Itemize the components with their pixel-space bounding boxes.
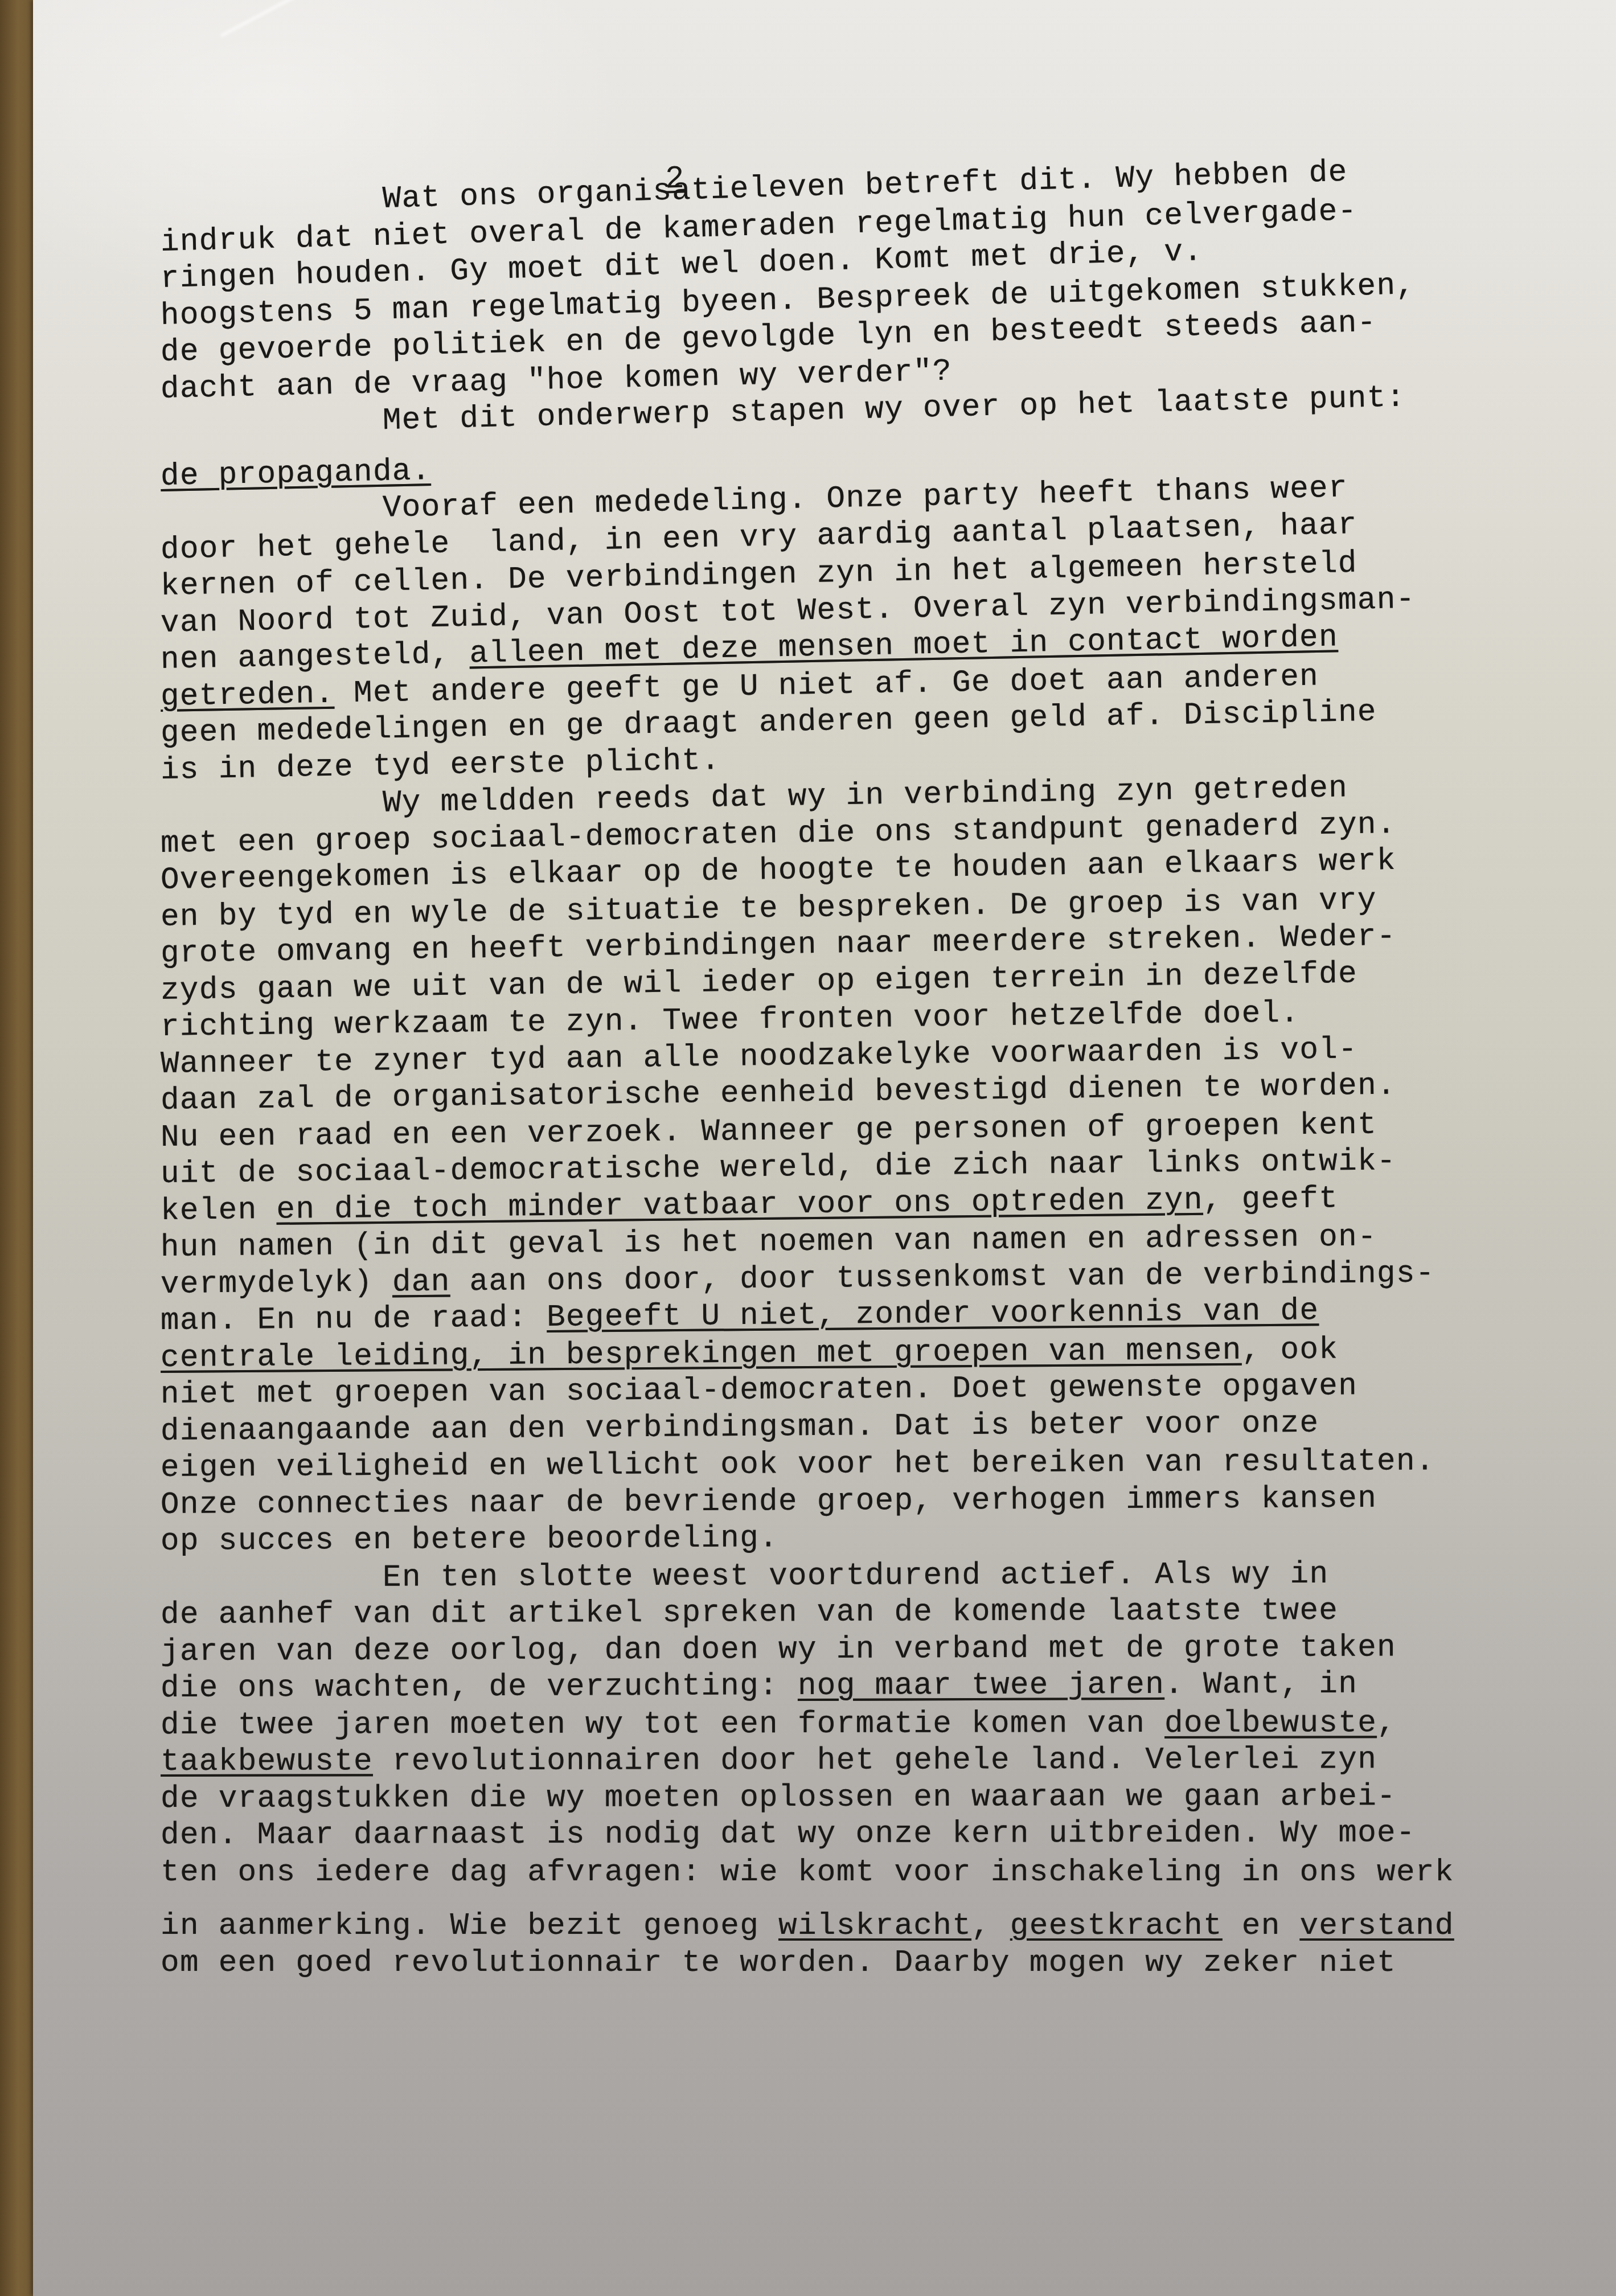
- underlined-text: dan: [392, 1265, 450, 1300]
- line-text: aan ons door, door tussenkomst van de ve…: [450, 1256, 1435, 1299]
- line-text: , ook: [1241, 1332, 1338, 1368]
- line-text: man. En nu de raad:: [161, 1301, 547, 1339]
- line-text: En ten slotte weest voortdurend actief. …: [383, 1557, 1329, 1595]
- text-line: den. Maar daarnaast is nodig dat wy onze…: [161, 1815, 1616, 1855]
- underlined-text: getreden.: [160, 676, 334, 714]
- underlined-text: verstand: [1299, 1909, 1454, 1944]
- line-text: ,: [971, 1909, 1010, 1944]
- line-text: revolutionnairen door het gehele land. V…: [373, 1742, 1377, 1779]
- underlined-text: Begeeft U niet, zonder voorkennis van de: [547, 1294, 1319, 1335]
- underlined-text: taakbewuste: [161, 1744, 373, 1780]
- text-line: taakbewuste revolutionnairen door het ge…: [161, 1742, 1616, 1781]
- text-line: de aanhef van dit artikel spreken van de…: [161, 1592, 1616, 1634]
- text-line: de vraagstukken die wy moeten oplossen e…: [161, 1778, 1616, 1818]
- line-text: . Want, in: [1164, 1667, 1357, 1703]
- line-text: en: [1223, 1909, 1300, 1944]
- text-line: En ten slotte weest voortdurend actief. …: [161, 1556, 1616, 1597]
- text-line: die ons wachten, de verzuchting: nog maa…: [161, 1666, 1616, 1707]
- line-text: eigen veiligheid en wellicht ook voor he…: [161, 1444, 1435, 1486]
- line-text: niet met groepen van sociaal-democraten.…: [161, 1369, 1358, 1412]
- line-text: ten ons iedere dag afvragen: wie komt vo…: [161, 1855, 1454, 1890]
- text-line: op succes en betere beoordeling.: [161, 1516, 1616, 1561]
- paper-crease: [220, 0, 674, 38]
- document-body: Wat ons organisatieleven betreft dit. Wy…: [161, 188, 1616, 1982]
- line-text: in aanmerking. Wie bezit genoeg: [161, 1909, 778, 1944]
- underlined-text: de propaganda.: [160, 454, 431, 494]
- text-line: ten ons iedere dag afvragen: wie komt vo…: [161, 1855, 1616, 1892]
- line-text: vermydelyk): [161, 1265, 392, 1302]
- text-line: om een goed revolutionnair te worden. Da…: [161, 1945, 1616, 1982]
- line-text: , geeft: [1203, 1182, 1338, 1217]
- underlined-text: geestkracht: [1010, 1909, 1223, 1944]
- line-text: die twee jaren moeten wy tot een formati…: [161, 1706, 1164, 1742]
- line-text: om een goed revolutionnair te worden. Da…: [161, 1946, 1396, 1981]
- line-text: Onze connecties naar de bevriende groep,…: [161, 1481, 1377, 1522]
- underlined-text: doelbewuste: [1164, 1706, 1377, 1741]
- text-line: jaren van deze oorlog, dan doen wy in ve…: [161, 1629, 1616, 1671]
- text-line: die twee jaren moeten wy tot een formati…: [161, 1705, 1616, 1744]
- line-text: op succes en betere beoordeling.: [161, 1521, 778, 1559]
- line-text: den. Maar daarnaast is nodig dat wy onze…: [161, 1816, 1416, 1853]
- line-text: kelen: [161, 1192, 277, 1228]
- line-text: dienaangaande aan den verbindingsman. Da…: [161, 1406, 1319, 1449]
- line-text: de vraagstukken die wy moeten oplossen e…: [161, 1780, 1396, 1817]
- text-line: in aanmerking. Wie bezit genoeg wilskrac…: [161, 1908, 1616, 1945]
- underlined-text: nog maar twee jaren: [798, 1668, 1164, 1704]
- underlined-text: centrale leiding, in besprekingen met gr…: [161, 1333, 1242, 1375]
- line-text: de aanhef van dit artikel spreken van de…: [161, 1594, 1338, 1633]
- line-text: jaren van deze oorlog, dan doen wy in ve…: [161, 1630, 1396, 1670]
- line-text: nen aangesteld,: [160, 637, 470, 678]
- underlined-text: wilskracht: [778, 1909, 971, 1944]
- line-text: die ons wachten, de verzuchting:: [161, 1669, 798, 1706]
- line-text: ,: [1377, 1706, 1396, 1741]
